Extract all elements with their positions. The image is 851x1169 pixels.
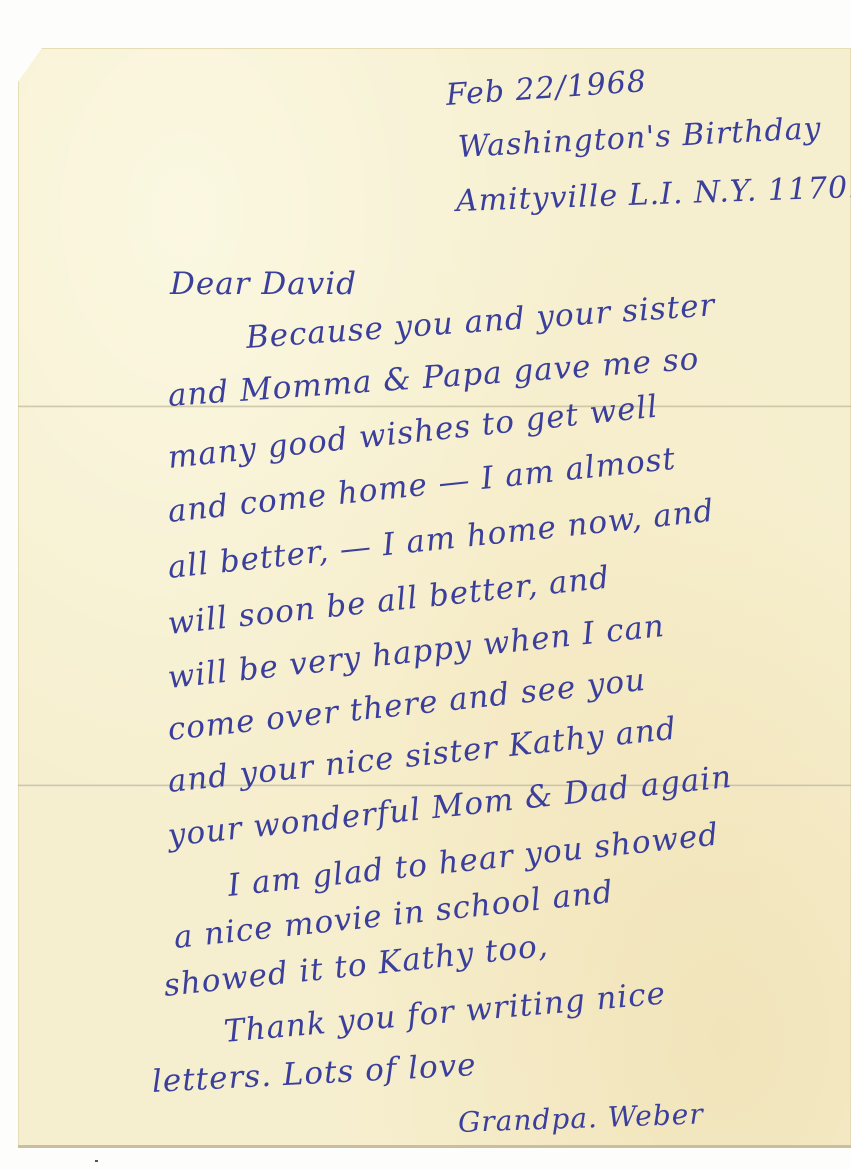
signature: Grandpa. Weber [457, 1097, 704, 1139]
scan-speck [95, 1160, 98, 1162]
letter-occasion: Washington's Birthday [457, 111, 822, 165]
letter-address: Amityville L.I. N.Y. 11701 [455, 170, 851, 219]
fold-crease-upper [18, 405, 851, 408]
body-line: letters. Lots of love [151, 1047, 477, 1100]
letter-paper: Feb 22/1968 Washington's Birthday Amityv… [18, 48, 851, 1148]
letter-date: Feb 22/1968 [445, 64, 648, 113]
salutation: Dear David [170, 266, 357, 302]
